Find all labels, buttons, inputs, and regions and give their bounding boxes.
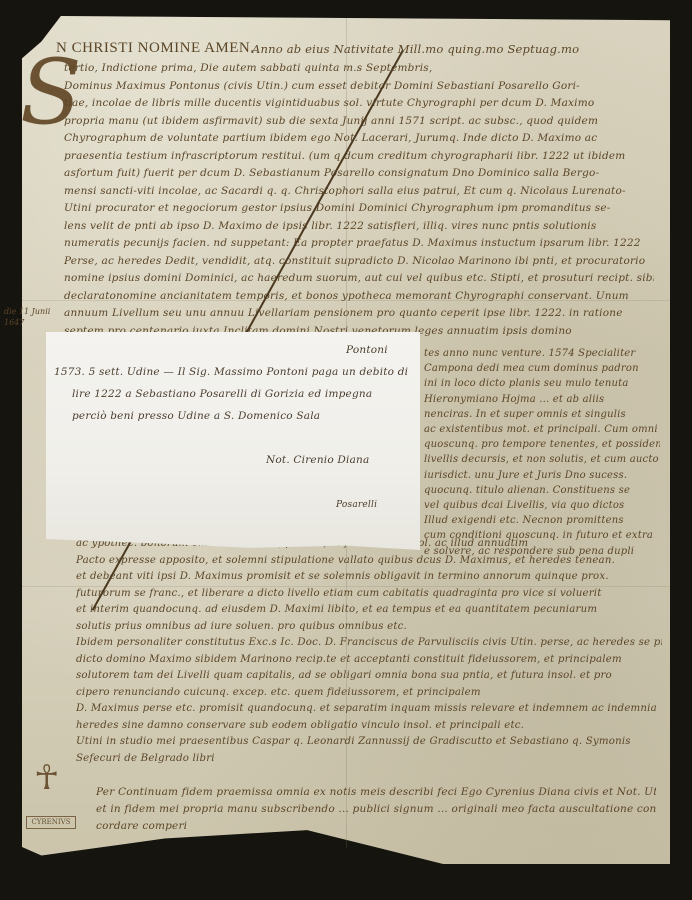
manuscript-line: livellis decursis, et non solutis, et cu…	[424, 454, 660, 465]
slip-line: perciò beni presso Udine a S. Domenico S…	[72, 410, 320, 422]
manuscript-line: numeratis pecunijs facien. nd suppetant:…	[64, 237, 654, 249]
manuscript-line: Illud exigendi etc. Necnon promittens	[424, 515, 660, 526]
document-title: N CHRISTI NOMINE AMEN.	[56, 40, 255, 57]
manuscript-line: praesentia testium infrascriptorum resti…	[64, 150, 654, 162]
manuscript-line: solutis prius omnibus ad iure soluen. pr…	[76, 621, 662, 632]
manuscript-line: Hieronymiano Hojma ... et ab aliis	[424, 394, 660, 405]
manuscript-line: vel quibus dcai Livellis, via quo dictos	[424, 500, 660, 511]
manuscript-line: nenciras. In et super omnis et singulis	[424, 409, 660, 420]
manuscript-line: Dominus Maximus Pontonus (civis Utin.) c…	[64, 80, 654, 92]
seal-label: CYRENIVS	[26, 816, 76, 829]
title-continuation: Anno ab eius Nativitate Mill.mo quing.mo…	[252, 42, 579, 56]
manuscript-line: tertio, Indictione prima, Die autem sabb…	[64, 62, 654, 74]
manuscript-line: dicto domino Maximo sibidem Marinono rec…	[76, 654, 662, 665]
manuscript-line: solutorem tam dei Livelli quam capitalis…	[76, 670, 662, 681]
manuscript-line: Sefecuri de Belgrado libri	[76, 753, 662, 764]
manuscript-line: Campona dedi mea cum dominus padron	[424, 363, 660, 374]
manuscript-line: declaratonomine ancianitatem temporis, e…	[64, 290, 654, 302]
manuscript-line: quoscunq. pro tempore tenentes, et possi…	[424, 439, 660, 450]
manuscript-line: Ibidem personaliter constitutus Exc.s Ic…	[76, 637, 662, 648]
slip-line: lire 1222 a Sebastiano Posarelli di Gori…	[72, 388, 372, 400]
notary-seal: ☥ CYRENIVS	[26, 758, 76, 828]
manuscript-line: ini in loco dicto planis seu mulo tenuta	[424, 378, 660, 389]
manuscript-line: Utini procurator et negociorum gestor ip…	[64, 202, 654, 214]
manuscript-line: et in fidem mei propria manu subscribend…	[96, 803, 656, 815]
notary-signum-icon: ☥	[34, 758, 59, 798]
manuscript-line: et debeant viti ipsi D. Maximus promisit…	[76, 571, 662, 582]
manuscript-line: annuum Livellum seu unu annuu Livellaria…	[64, 307, 654, 319]
manuscript-line: tiae, incolae de libris mille ducentis v…	[64, 97, 654, 109]
manuscript-line: mensi sancti-viti incolae, ac Sacardi q.…	[64, 185, 654, 197]
manuscript-line: tes anno nunc venture. 1574 Specialiter	[424, 348, 660, 359]
manuscript-line: ac existentibus mot. et principali. Cum …	[424, 424, 660, 435]
slip-line: 1573. 5 sett. Udine — Il Sig. Massimo Po…	[54, 366, 408, 378]
manuscript-line: Per Continuam fidem praemissa omnia ex n…	[96, 786, 656, 798]
decorated-initial: S	[20, 38, 60, 158]
manuscript-line: iurisdict. unu Jure et Juris Dno sucess.	[424, 470, 660, 481]
manuscript-line: D. Maximus perse etc. promisit quandocun…	[76, 703, 662, 714]
manuscript-line: quocunq. titulo alienan. Constituens se	[424, 485, 660, 496]
slip-header: Pontoni	[346, 344, 388, 356]
archival-note-slip: Pontoni 1573. 5 sett. Udine — Il Sig. Ma…	[46, 332, 420, 550]
manuscript-line: cipero renunciando cuicunq. excep. etc. …	[76, 687, 662, 698]
manuscript-line: nomine ipsius domini Dominici, ac haered…	[64, 272, 654, 284]
slip-signature: Not. Cirenio Diana	[266, 454, 369, 466]
manuscript-line: cordare comperi	[96, 820, 656, 832]
manuscript-line: Pacto expresse apposito, et solemni stip…	[76, 555, 662, 566]
manuscript-line: et interim quandocunq. ad eiusdem D. Max…	[76, 604, 662, 615]
manuscript-line: Chyrographum de voluntate partium ibidem…	[64, 132, 654, 144]
manuscript-line: Perse, ac heredes Dedit, vendidit, atq. …	[64, 255, 654, 267]
manuscript-line: lens velit de pnti ab ipso D. Maximo de …	[64, 220, 654, 232]
slip-footer: Posarelli	[336, 500, 377, 510]
manuscript-line: futurorum se franc., et liberare a dicto…	[76, 588, 662, 599]
manuscript-line: Utini in studio mei praesentibus Caspar …	[76, 736, 662, 747]
manuscript-line: heredes sine damno conservare sub eodem …	[76, 720, 662, 731]
manuscript-line: propria manu (ut ibidem asfirmavit) sub …	[64, 115, 654, 127]
manuscript-line: asfortum fuit) fuerit per dcum D. Sebast…	[64, 167, 654, 179]
margin-note: die 11 Junii 1647	[4, 306, 50, 328]
